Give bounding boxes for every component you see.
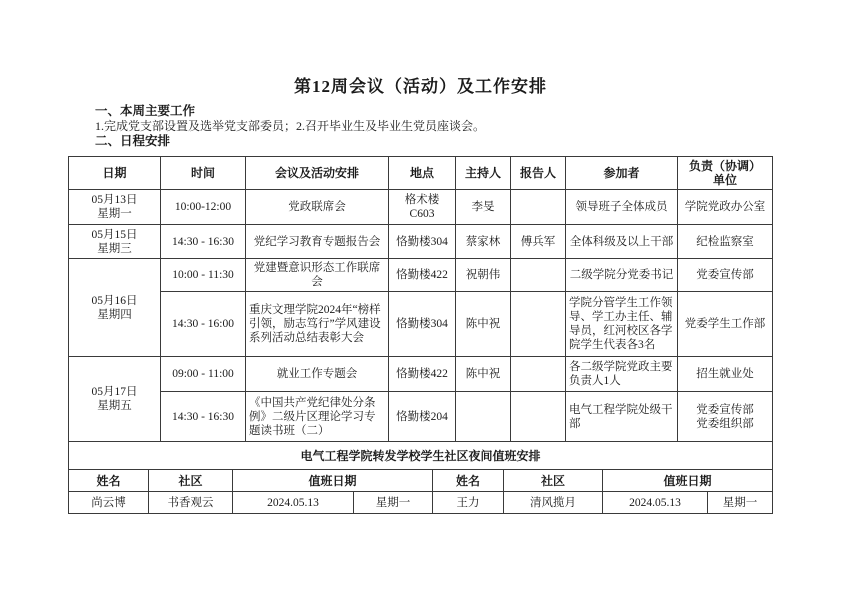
- duty-col-community-2: 社区: [504, 470, 603, 492]
- page-title: 第12周会议（活动）及工作安排: [0, 72, 841, 97]
- cell-participants: 各二级学院党政主要负责人1人: [566, 357, 678, 392]
- table-row: 05月16日 星期四 10:00 - 11:30 党建暨意识形态工作联席会 恪勤…: [69, 259, 773, 292]
- schedule-header-row: 日期 时间 会议及活动安排 地点 主持人 报告人 参加者 负责（协调） 单位: [69, 157, 773, 190]
- cell-reporter: [511, 259, 566, 292]
- duty-banner-row: 电气工程学院转发学校学生社区夜间值班安排: [69, 442, 773, 470]
- duty-community-2: 清风揽月: [504, 492, 603, 514]
- cell-location: 恪勤楼204: [389, 392, 456, 442]
- cell-time: 10:00-12:00: [161, 190, 246, 225]
- cell-participants: 电气工程学院处级干部: [566, 392, 678, 442]
- cell-date: 05月16日 星期四: [69, 259, 161, 357]
- section2-heading: 二、日程安排: [95, 134, 771, 149]
- duty-date-1: 2024.05.13: [233, 492, 354, 514]
- cell-participants: 领导班子全体成员: [566, 190, 678, 225]
- cell-unit: 学院党政办公室: [678, 190, 773, 225]
- schedule-table-wrap: 日期 时间 会议及活动安排 地点 主持人 报告人 参加者 负责（协调） 单位 0…: [68, 156, 773, 514]
- cell-reporter: [511, 392, 566, 442]
- table-row: 05月17日 星期五 09:00 - 11:00 就业工作专题会 恪勤楼422 …: [69, 357, 773, 392]
- duty-col-name-1: 姓名: [69, 470, 149, 492]
- col-header-unit: 负责（协调） 单位: [678, 157, 773, 190]
- cell-host: [456, 392, 511, 442]
- duty-name-1: 尚云博: [69, 492, 149, 514]
- cell-date: 05月17日 星期五: [69, 357, 161, 442]
- duty-col-community-1: 社区: [149, 470, 233, 492]
- cell-reporter: [511, 292, 566, 357]
- duty-col-date-2: 值班日期: [603, 470, 773, 492]
- duty-community-1: 书香观云: [149, 492, 233, 514]
- table-row: 05月13日 星期一 10:00-12:00 党政联席会 格术楼 C603 李旻…: [69, 190, 773, 225]
- cell-location: 恪勤楼304: [389, 292, 456, 357]
- cell-unit: 党委学生工作部: [678, 292, 773, 357]
- col-header-host: 主持人: [456, 157, 511, 190]
- duty-header-row: 姓名 社区 值班日期 姓名 社区 值班日期: [69, 470, 773, 492]
- table-row: 14:30 - 16:30 《中国共产党纪律处分条例》二级片区理论学习专题读书班…: [69, 392, 773, 442]
- table-row: 05月15日 星期三 14:30 - 16:30 党纪学习教育专题报告会 恪勤楼…: [69, 225, 773, 259]
- cell-unit: 招生就业处: [678, 357, 773, 392]
- duty-data-row: 尚云博 书香观云 2024.05.13 星期一 王力 清风揽月 2024.05.…: [69, 492, 773, 514]
- duty-col-date-1: 值班日期: [233, 470, 433, 492]
- cell-host: 陈中祝: [456, 357, 511, 392]
- cell-participants: 二级学院分党委书记: [566, 259, 678, 292]
- col-header-meeting: 会议及活动安排: [246, 157, 389, 190]
- cell-participants: 学院分管学生工作领导、学工办主任、辅导员，红河校区各学院学生代表各3名: [566, 292, 678, 357]
- cell-time: 14:30 - 16:00: [161, 292, 246, 357]
- cell-location: 恪勤楼304: [389, 225, 456, 259]
- col-header-location: 地点: [389, 157, 456, 190]
- cell-unit: 党委宣传部: [678, 259, 773, 292]
- cell-unit: 纪检监察室: [678, 225, 773, 259]
- col-header-time: 时间: [161, 157, 246, 190]
- cell-meeting: 党政联席会: [246, 190, 389, 225]
- duty-col-name-2: 姓名: [433, 470, 504, 492]
- cell-location: 恪勤楼422: [389, 259, 456, 292]
- document-page: 第12周会议（活动）及工作安排 一、本周主要工作 1.完成党支部设置及选举党支部…: [0, 0, 841, 514]
- duty-banner: 电气工程学院转发学校学生社区夜间值班安排: [69, 442, 773, 470]
- cell-meeting: 重庆文理学院2024年“榜样引领，励志笃行”学风建设系列活动总结表彰大会: [246, 292, 389, 357]
- cell-reporter: [511, 190, 566, 225]
- cell-location: 格术楼 C603: [389, 190, 456, 225]
- cell-reporter: 傅兵军: [511, 225, 566, 259]
- duty-date-2: 2024.05.13: [603, 492, 708, 514]
- duty-name-2: 王力: [433, 492, 504, 514]
- col-header-reporter: 报告人: [511, 157, 566, 190]
- cell-time: 10:00 - 11:30: [161, 259, 246, 292]
- col-header-participants: 参加者: [566, 157, 678, 190]
- cell-date: 05月13日 星期一: [69, 190, 161, 225]
- cell-date: 05月15日 星期三: [69, 225, 161, 259]
- cell-meeting: 就业工作专题会: [246, 357, 389, 392]
- schedule-table: 日期 时间 会议及活动安排 地点 主持人 报告人 参加者 负责（协调） 单位 0…: [68, 156, 773, 442]
- cell-participants: 全体科级及以上干部: [566, 225, 678, 259]
- cell-time: 14:30 - 16:30: [161, 392, 246, 442]
- cell-host: 李旻: [456, 190, 511, 225]
- cell-meeting: 党纪学习教育专题报告会: [246, 225, 389, 259]
- cell-time: 14:30 - 16:30: [161, 225, 246, 259]
- cell-host: 蔡家林: [456, 225, 511, 259]
- table-row: 14:30 - 16:00 重庆文理学院2024年“榜样引领，励志笃行”学风建设…: [69, 292, 773, 357]
- cell-time: 09:00 - 11:00: [161, 357, 246, 392]
- section1-body: 1.完成党支部设置及选举党支部委员；2.召开毕业生及毕业生党员座谈会。: [95, 119, 771, 134]
- cell-host: 陈中祝: [456, 292, 511, 357]
- duty-weekday-1: 星期一: [354, 492, 433, 514]
- cell-host: 祝朝伟: [456, 259, 511, 292]
- cell-meeting: 《中国共产党纪律处分条例》二级片区理论学习专题读书班（二）: [246, 392, 389, 442]
- cell-meeting: 党建暨意识形态工作联席会: [246, 259, 389, 292]
- section1-heading: 一、本周主要工作: [95, 104, 771, 119]
- cell-unit: 党委宣传部 党委组织部: [678, 392, 773, 442]
- col-header-date: 日期: [69, 157, 161, 190]
- cell-reporter: [511, 357, 566, 392]
- duty-table: 电气工程学院转发学校学生社区夜间值班安排 姓名 社区 值班日期 姓名 社区 值班…: [68, 441, 773, 514]
- duty-weekday-2: 星期一: [708, 492, 773, 514]
- cell-location: 恪勤楼422: [389, 357, 456, 392]
